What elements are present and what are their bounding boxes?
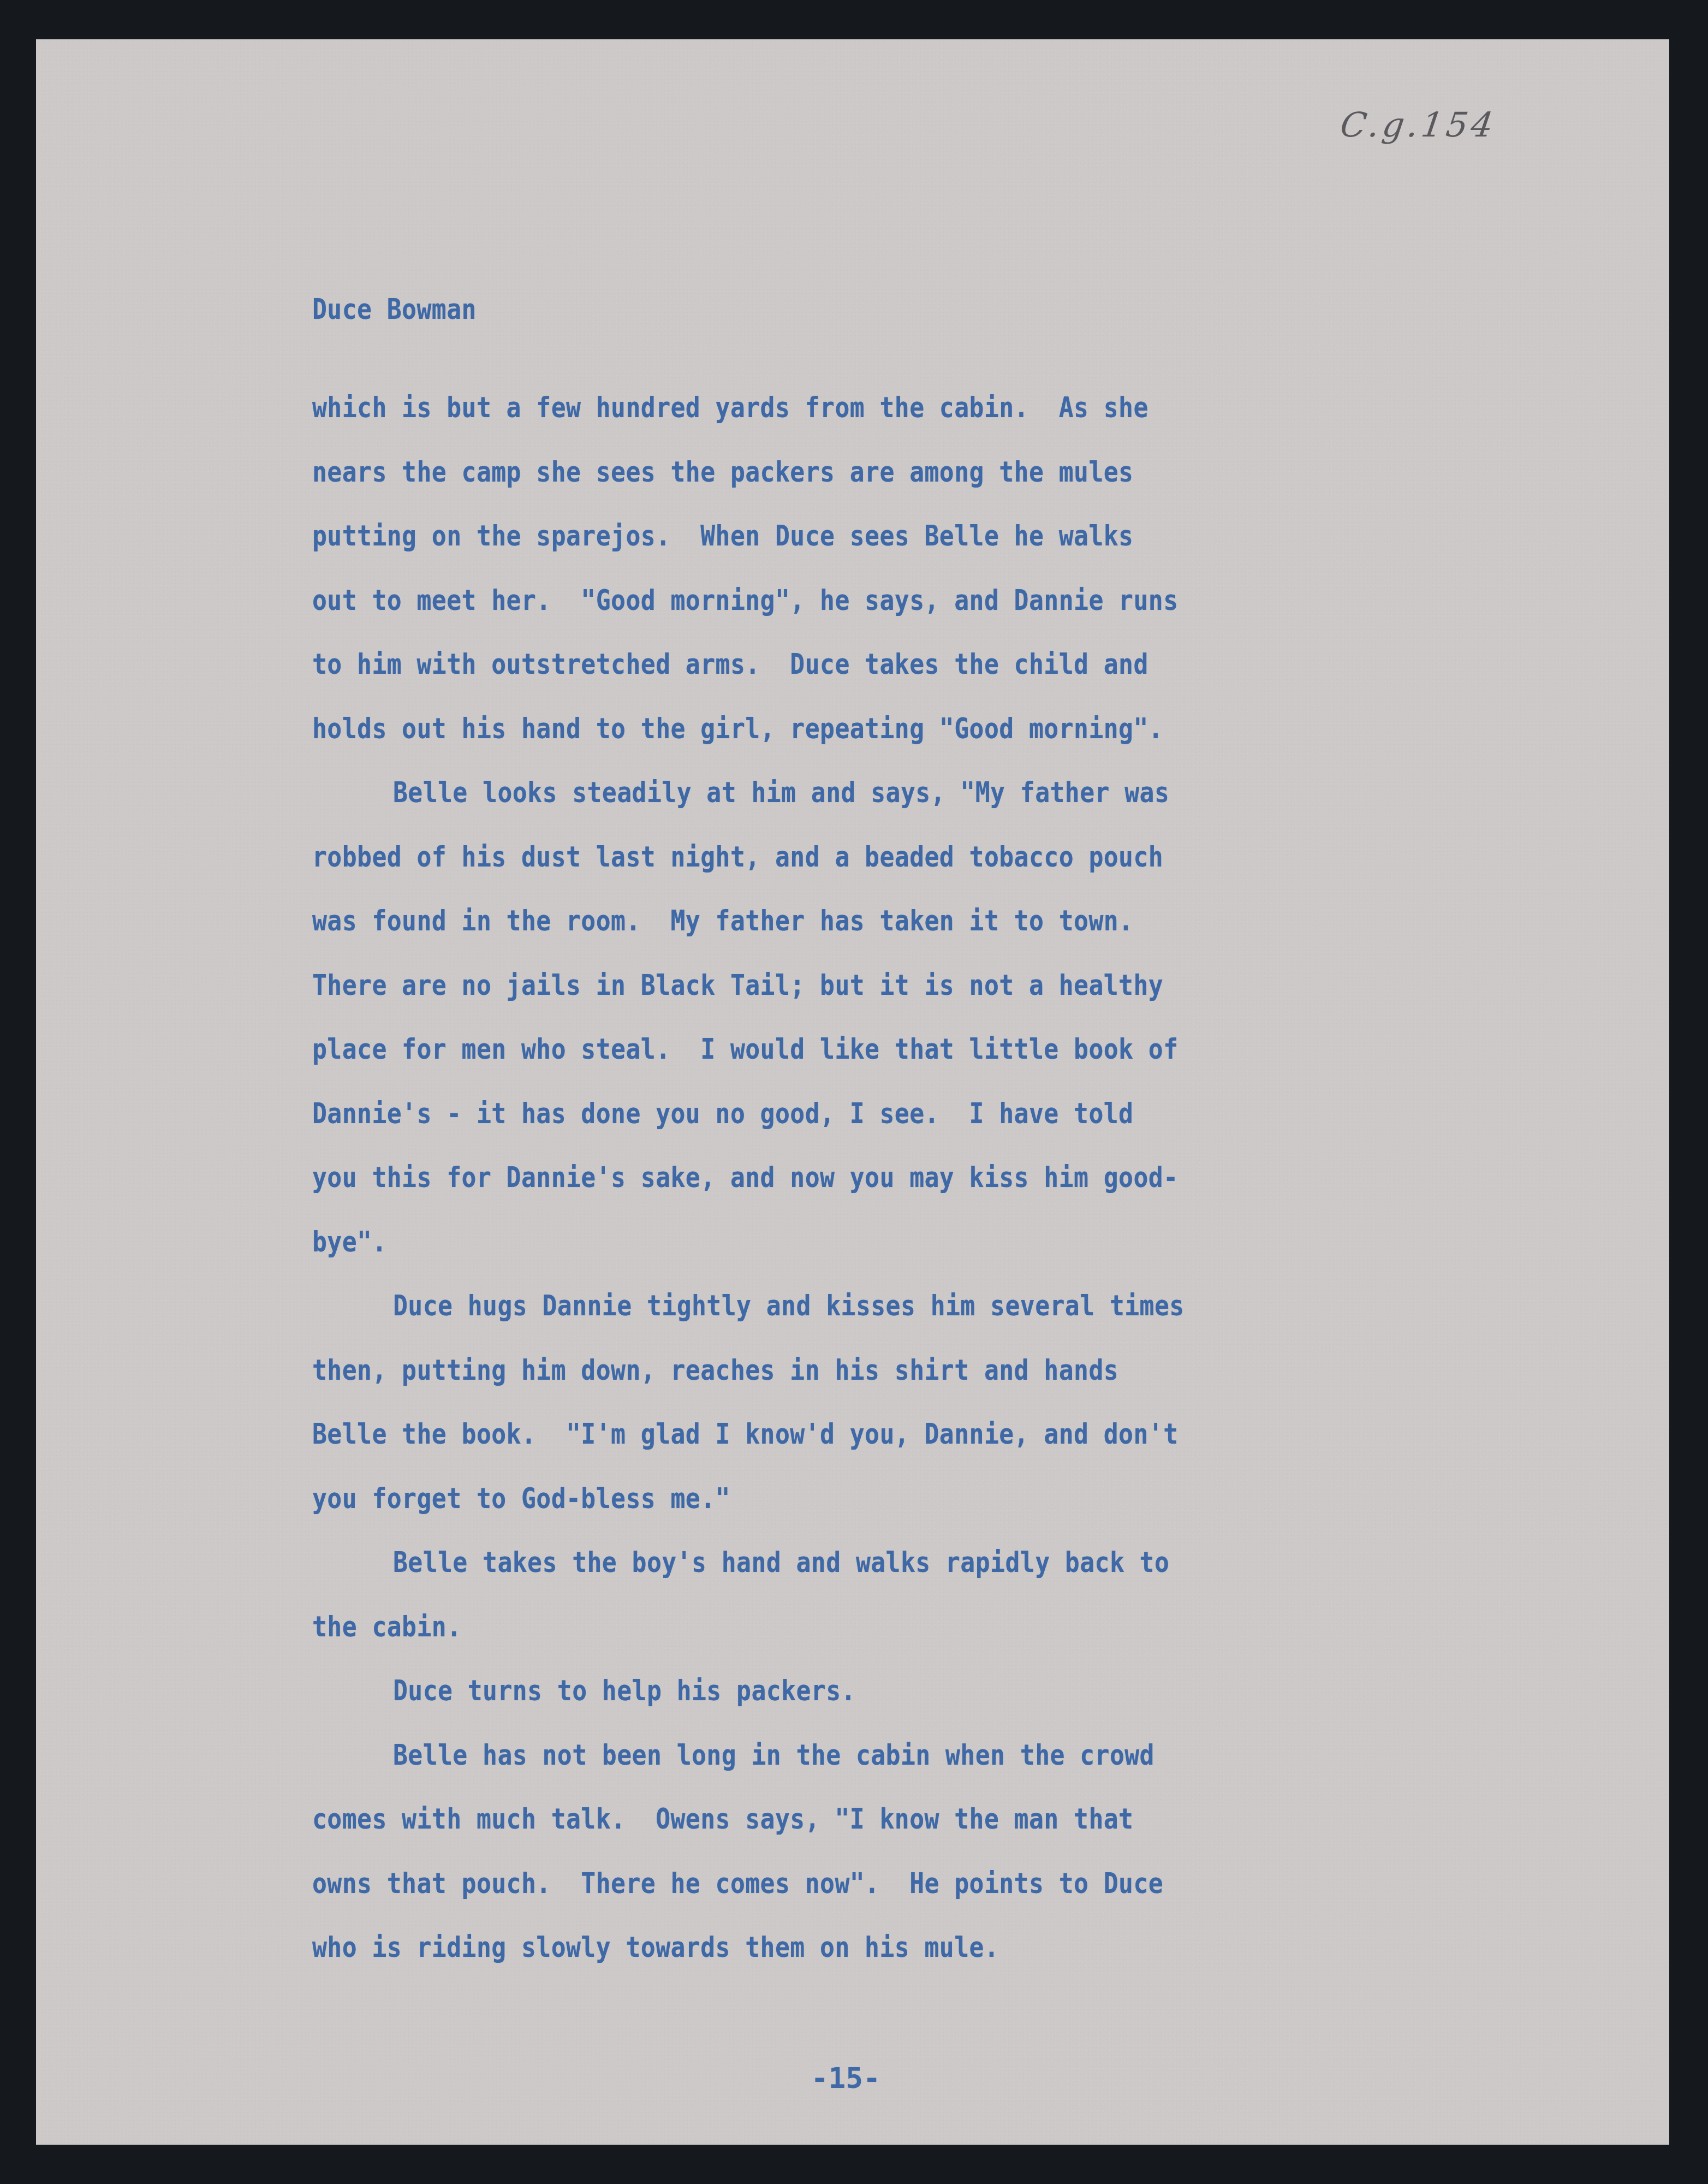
archive-catalog-mark: C.g.154 xyxy=(1338,105,1499,145)
text-line: putting on the sparejos. When Duce sees … xyxy=(312,520,1185,584)
text-line: Belle the book. "I'm glad I know'd you, … xyxy=(312,1418,1185,1482)
text-line: nears the camp she sees the packers are … xyxy=(312,456,1185,520)
text-line: Duce turns to help his packers. xyxy=(312,1675,1185,1739)
page-number: -15- xyxy=(811,2062,880,2095)
text-line: Duce hugs Dannie tightly and kisses him … xyxy=(312,1290,1185,1354)
text-line: was found in the room. My father has tak… xyxy=(312,905,1185,969)
text-line: Belle takes the boy's hand and walks rap… xyxy=(312,1546,1185,1611)
text-line: to him with outstretched arms. Duce take… xyxy=(312,648,1185,713)
text-line: robbed of his dust last night, and a bea… xyxy=(312,841,1185,905)
text-line: bye". xyxy=(312,1226,1185,1290)
text-line: place for men who steal. I would like th… xyxy=(312,1033,1185,1097)
text-line: Belle has not been long in the cabin whe… xyxy=(312,1739,1185,1803)
text-line: comes with much talk. Owens says, "I kno… xyxy=(312,1803,1185,1867)
text-line: out to meet her. "Good morning", he says… xyxy=(312,584,1185,649)
text-line: Dannie's - it has done you no good, I se… xyxy=(312,1097,1185,1162)
text-line: owns that pouch. There he comes now". He… xyxy=(312,1867,1185,1932)
text-line: There are no jails in Black Tail; but it… xyxy=(312,969,1185,1034)
text-line: who is riding slowly towards them on his… xyxy=(312,1931,1185,1996)
body-text: which is but a few hundred yards from th… xyxy=(312,391,1326,1996)
text-line: holds out his hand to the girl, repeatin… xyxy=(312,713,1185,777)
text-line: you this for Dannie's sake, and now you … xyxy=(312,1161,1185,1226)
text-line: Belle looks steadily at him and says, "M… xyxy=(312,776,1185,841)
text-line: then, putting him down, reaches in his s… xyxy=(312,1354,1185,1419)
text-line: which is but a few hundred yards from th… xyxy=(312,391,1185,456)
text-line: the cabin. xyxy=(312,1611,1185,1675)
typewritten-page: C.g.154 Duce Bowman which is but a few h… xyxy=(36,39,1669,2145)
page-header-name: Duce Bowman xyxy=(312,293,477,326)
text-line: you forget to God-bless me." xyxy=(312,1482,1185,1547)
